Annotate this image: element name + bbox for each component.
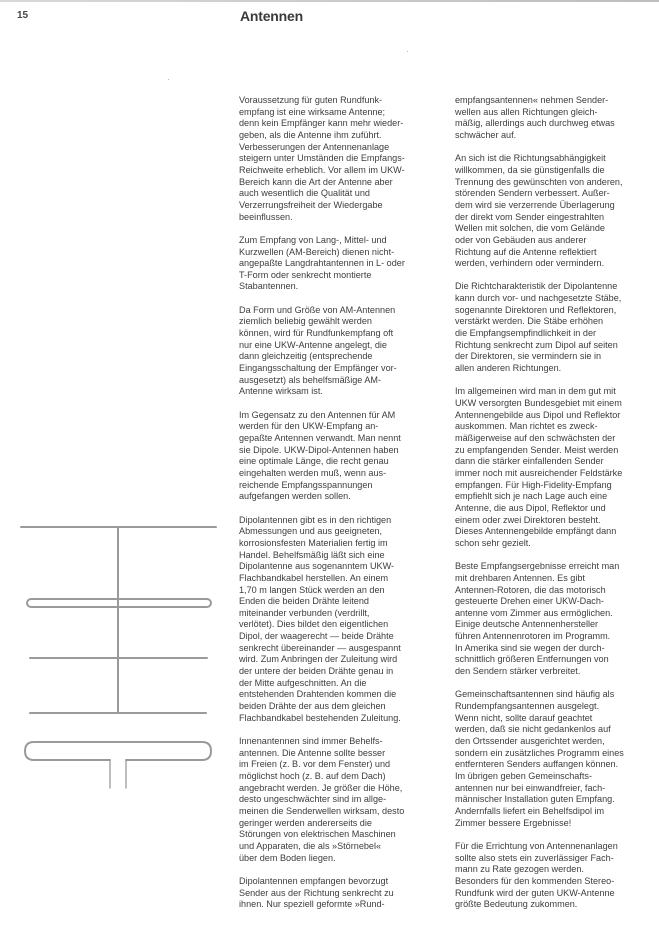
paragraph: Gemeinschaftsantennen sind häufig als Ru…	[455, 689, 659, 829]
folded-dipole-detail	[25, 742, 211, 788]
page-top-edge	[0, 0, 659, 2]
paragraph: Im Gegensatz zu den Antennen für AM werd…	[239, 410, 449, 503]
scan-speck	[407, 51, 408, 52]
page-number: 15	[17, 10, 28, 21]
paragraph: Voraussetzung für guten Rundfunk- empfan…	[239, 95, 449, 223]
scan-speck	[168, 79, 169, 80]
paragraph: Für die Errichtung von Antennenanlagen s…	[455, 841, 659, 911]
text-column-left: Voraussetzung für guten Rundfunk- empfan…	[239, 95, 449, 922]
paragraph: empfangsantennen« nehmen Sender- wellen …	[455, 95, 659, 142]
yagi-antenna-diagram-icon	[0, 500, 225, 800]
paragraph: Im allgemeinen wird man in dem gut mit U…	[455, 386, 659, 549]
paragraph: An sich ist die Richtungsabhängigkeit wi…	[455, 153, 659, 270]
text-column-right: empfangsantennen« nehmen Sender- wellen …	[455, 95, 659, 922]
paragraph: Innenantennen sind immer Behelfs- antenn…	[239, 736, 449, 864]
paragraph: Beste Empfangsergebnisse erreicht man mi…	[455, 561, 659, 678]
paragraph: Da Form und Größe von AM-Antennen ziemli…	[239, 305, 449, 398]
paragraph: Die Richtcharakteristik der Dipolantenne…	[455, 281, 659, 374]
paragraph: Dipolantennen empfangen bevorzugt Sender…	[239, 876, 449, 911]
page-title: Antennen	[240, 8, 303, 24]
paragraph: Zum Empfang von Lang-, Mittel- und Kurzw…	[239, 235, 449, 293]
paragraph: Dipolantennen gibt es in den richtigen A…	[239, 515, 449, 725]
